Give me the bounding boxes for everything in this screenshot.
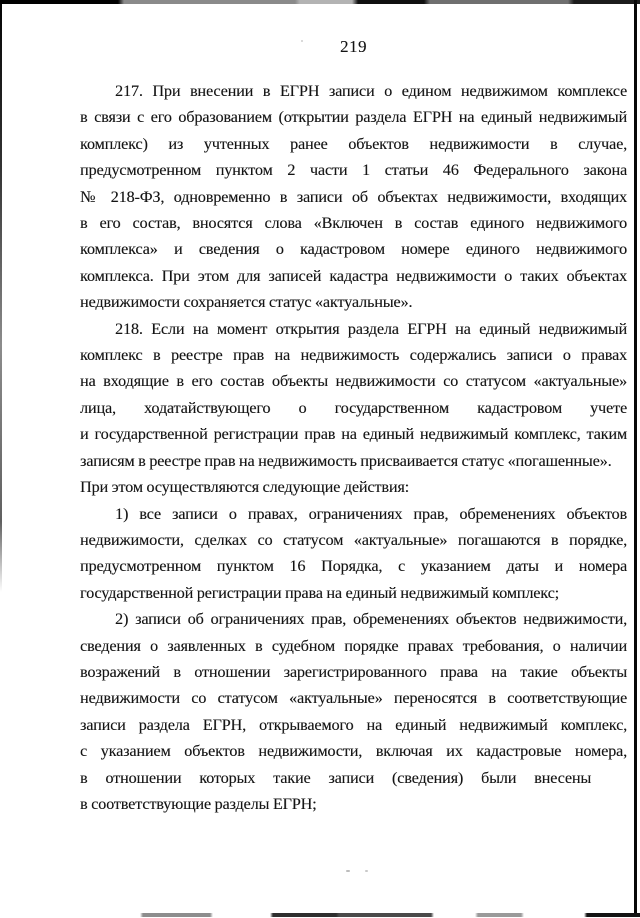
scan-speck [365,870,368,872]
text-line: 217. При внесении в ЕГРН записи о едином… [80,78,627,104]
scan-artifact-top-edge [0,0,640,4]
text-line: 2) записи об ограничениях прав, обремене… [80,606,627,632]
text-line: комплекс в реестре прав на недвижимость … [80,342,627,368]
text-line: недвижимости сохраняется статус «актуаль… [80,289,627,315]
text-line: предусмотренном пунктом 16 Порядка, с ук… [80,553,627,579]
text-line: с указанием объектов недвижимости, включ… [80,738,627,764]
text-line: При этом осуществляются следующие действ… [80,474,627,500]
scan-artifact-bottom-edge [0,913,640,917]
page-number: 219 [80,37,627,57]
scanned-document-page: 219 217. При внесении в ЕГРН записи о ед… [0,0,640,918]
text-line: записи раздела ЕГРН, открываемого на еди… [80,712,627,738]
text-line: лица, ходатайствующего о государственном… [80,395,627,421]
scan-artifact-left-edge [0,4,2,592]
text-line: записям в реестре прав на недвижимость п… [80,448,627,474]
text-line: в его состав, вносятся слова «Включен в … [80,210,627,236]
text-line: № 218-ФЗ, одновременно в записи об объек… [80,184,627,210]
scan-artifact-right-edge [634,0,637,913]
text-line: в связи с его образованием (открытии раз… [80,104,627,130]
text-line: сведения о заявленных в судебном порядке… [80,633,627,659]
text-line: комплекс) из учтенных ранее объектов нед… [80,131,627,157]
text-line: комплекса» и сведения о кадастровом номе… [80,236,627,262]
text-line: 1) все записи о правах, ограничениях пра… [80,501,627,527]
text-line: на входящие в его состав объекты недвижи… [80,368,627,394]
text-line: недвижимости, сделках со статусом «актуа… [80,527,627,553]
text-line: недвижимости со статусом «актуальные» пе… [80,685,627,711]
text-line: предусмотренном пунктом 2 части 1 статьи… [80,157,627,183]
text-line: возражений в отношении зарегистрированно… [80,659,627,685]
text-line: и государственной регистрации прав на ед… [80,421,627,447]
text-line: комплекса. При этом для записей кадастра… [80,263,627,289]
text-line: в отношении которых такие записи (сведен… [80,765,627,791]
text-line: государственной регистрации права на еди… [80,580,627,606]
text-line: в соответствующие разделы ЕГРН; [80,791,627,817]
document-text-body: 217. При внесении в ЕГРН записи о едином… [80,78,627,817]
scan-speck [346,870,350,872]
text-line: 218. Если на момент открытия раздела ЕГР… [80,316,627,342]
